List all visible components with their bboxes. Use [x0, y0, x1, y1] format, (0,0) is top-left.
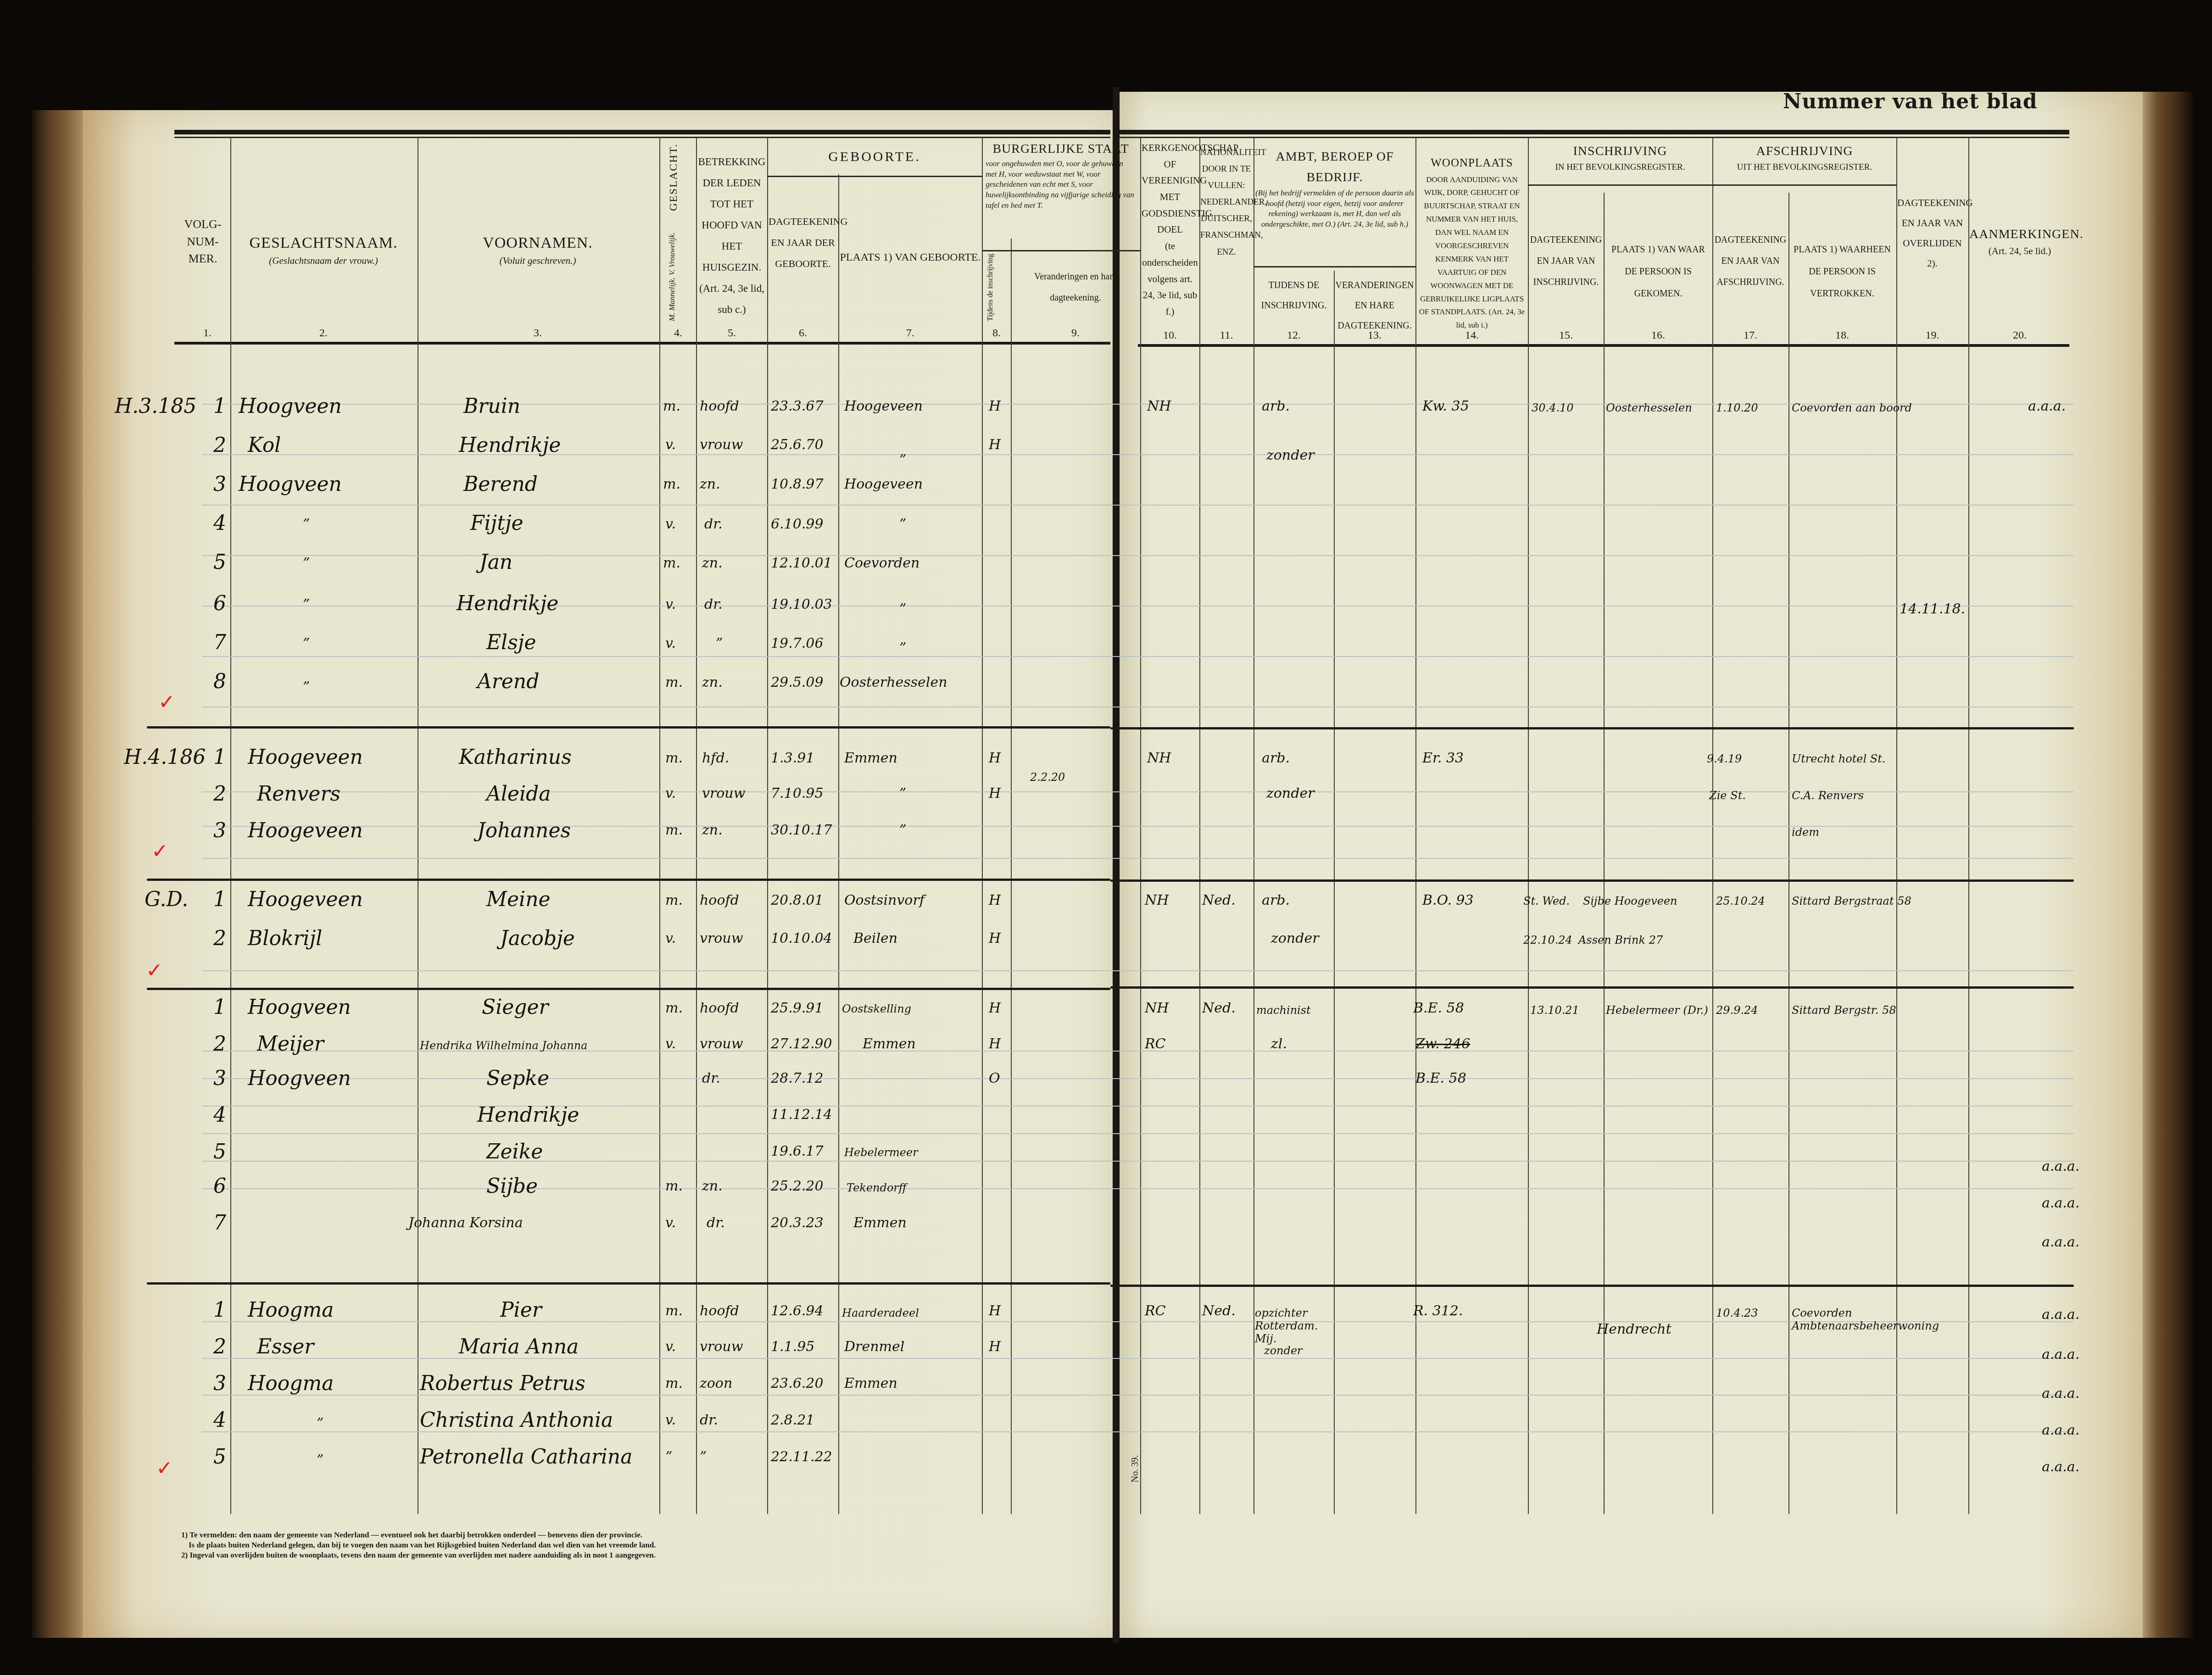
civil-status: O	[989, 1070, 1000, 1086]
relation: zn.	[702, 1178, 723, 1194]
address: B.E. 58	[1415, 1070, 1466, 1086]
sex: v.	[665, 1412, 676, 1428]
col-num-11: 11.	[1200, 329, 1253, 342]
birth-place: Emmen	[863, 1036, 916, 1052]
header-col-20-title: AANMERKINGEN.	[1969, 225, 2070, 244]
ambt-title: AMBT, BEROEP OF BEDRIJF.	[1255, 147, 1415, 188]
header-col-5-sub: (Art. 24, 3e lid, sub c.)	[697, 278, 766, 320]
birth-place: Hebelermeer	[844, 1146, 918, 1159]
address: R. 312.	[1413, 1303, 1463, 1319]
burgerlijke-staat-title: BURGERLIJKE STAAT	[983, 140, 1139, 159]
birth-date: 19.6.17	[771, 1143, 824, 1159]
given-names: Sepke	[486, 1067, 549, 1090]
sex: v.	[665, 785, 676, 801]
given-names: Zeike	[486, 1140, 543, 1163]
surname: Hoogveen	[248, 996, 351, 1019]
given-names: Katharinus	[459, 746, 572, 769]
given-names: Fijtje	[470, 512, 524, 535]
col-num-4: 4.	[661, 327, 696, 339]
col-num-9: 9.	[1012, 327, 1139, 339]
relation: dr.	[700, 1412, 718, 1428]
row-number: 5	[213, 1140, 226, 1163]
header-col-20: AANMERKINGEN. (Art. 24, 5e lid.)	[1969, 225, 2070, 258]
afschrijving-underline	[1712, 184, 1896, 186]
birth-place: Oosterhesselen	[840, 674, 947, 690]
deregistration-to: Sittard Bergstraat 58	[1792, 895, 1911, 907]
deregistration-date: 25.10.24	[1716, 895, 1765, 907]
row-number: 1	[213, 395, 226, 418]
given-names: Bruin	[463, 395, 520, 418]
row-number: 4	[213, 512, 226, 535]
row-number: 7	[213, 1211, 226, 1235]
col-num-14: 14.	[1417, 329, 1527, 342]
given-names: Elsje	[486, 631, 536, 654]
remarks: a.a.a.	[2028, 398, 2066, 414]
birth-date: 27.12.90	[771, 1036, 832, 1052]
header-col-2-title: GESLACHTSNAAM.	[232, 232, 415, 254]
church: NH	[1145, 1000, 1169, 1016]
household-separator	[147, 988, 1110, 990]
header-group-ambt: AMBT, BEROEP OF BEDRIJF. (Bij het bedrij…	[1255, 147, 1415, 230]
registration-date: 13.10.21	[1530, 1004, 1579, 1017]
relation: zn.	[700, 476, 720, 492]
given-names: Hendrika Wilhelmina Johanna	[420, 1039, 587, 1052]
header-col-14: WOONPLAATS DOOR AANDUIDING VAN WIJK, DOR…	[1417, 154, 1527, 332]
birth-place: Emmen	[844, 1375, 897, 1391]
ruling	[202, 1161, 2074, 1162]
red-check-mark: ✓	[158, 690, 175, 714]
col-num-16: 16.	[1605, 329, 1711, 342]
birth-date: 25.2.20	[771, 1178, 824, 1194]
birth-date: 12.6.94	[771, 1303, 824, 1319]
row-number: 3	[213, 819, 226, 842]
registration-date: St. Wed.	[1523, 895, 1570, 907]
sheet-number-label: Nummer van het blad	[1783, 90, 2038, 113]
civil-status: H	[989, 750, 1001, 766]
col-num-8: 8.	[983, 327, 1010, 339]
civil-status: H	[989, 1303, 1001, 1319]
open-register-book: Nummer van het blad VOLG-NUM-MER. GESLAC…	[0, 0, 2212, 1675]
header-col-3-title: VOORNAMEN.	[418, 232, 657, 254]
header-group-burgerlijke-staat: BURGERLIJKE STAAT voor ongehuwden met O,…	[983, 140, 1139, 211]
birth-place: Tekendorff	[847, 1181, 907, 1194]
remarks: a.a.a.	[2042, 1386, 2079, 1402]
given-names: Meine	[486, 888, 551, 911]
burgerlijke-underline	[982, 250, 1140, 251]
civil-status: H	[989, 1339, 1001, 1355]
sex: m.	[665, 822, 683, 838]
row-number: 4	[213, 1408, 226, 1432]
header-col-12: TIJDENS DE INSCHRIJVING.	[1254, 275, 1333, 316]
surname: Hoogveen	[239, 473, 342, 496]
surname: Kol	[248, 434, 281, 457]
birth-place: Emmen	[844, 750, 897, 766]
sex: ”	[665, 1449, 672, 1465]
col-num-6: 6.	[769, 327, 837, 339]
relation: vrouw	[700, 930, 743, 946]
deregistration-to: Sittard Bergstr. 58	[1792, 1004, 1896, 1017]
surname: Hoogma	[248, 1372, 334, 1395]
surname: Hoogeveen	[248, 819, 363, 842]
ruling	[202, 505, 2074, 506]
registration-date: 30.4.10	[1532, 401, 1574, 414]
address: Zw. 246	[1415, 1036, 1470, 1052]
deregistration-to: Coevorden aan boord	[1792, 401, 1912, 414]
occupation: zonder	[1271, 930, 1319, 946]
household-separator	[1110, 727, 2074, 729]
civil-status: H	[989, 1036, 1001, 1052]
header-col-11-sub: DOOR IN TE VULLEN: NEDERLANDER, DUITSCHE…	[1200, 161, 1253, 261]
birth-place: Haarderadeel	[842, 1307, 919, 1319]
surname: ”	[303, 555, 310, 571]
row-number: 3	[213, 1067, 226, 1090]
row-number: 2	[213, 782, 226, 806]
church: NH	[1147, 398, 1171, 414]
birth-place: Coevorden	[844, 555, 919, 571]
sex: v.	[665, 1339, 676, 1355]
given-names: Pier	[500, 1298, 542, 1322]
address: Er. 33	[1422, 750, 1464, 766]
col-num-2: 2.	[232, 327, 415, 339]
ruling	[202, 707, 2074, 707]
surname: ”	[303, 679, 310, 695]
deregistration-date: 9.4.19	[1707, 752, 1742, 765]
book-gutter	[1113, 87, 1119, 1642]
nationality: Ned.	[1202, 1000, 1236, 1016]
header-col-4-sub: M. Mannelijk. V. Vrouwelijk.	[668, 232, 677, 321]
sex: m.	[665, 1178, 683, 1194]
row-number: 2	[213, 1335, 226, 1358]
relation: vrouw	[702, 785, 745, 801]
birth-date: 7.10.95	[771, 785, 824, 801]
row-number: 5	[213, 551, 226, 574]
afschrijving-sub: UIT HET BEVOLKINGSREGISTER.	[1713, 161, 1896, 174]
birth-place: ”	[899, 640, 906, 656]
header-top-thin-right	[1120, 137, 2069, 138]
household-separator	[147, 879, 1110, 881]
relation: dr.	[704, 516, 723, 532]
address: Kw. 35	[1422, 398, 1469, 414]
civil-status: H	[989, 930, 1001, 946]
birth-place: ”	[899, 822, 906, 838]
sex: v.	[665, 516, 676, 532]
church: RC	[1145, 1303, 1166, 1319]
civil-status: H	[989, 437, 1001, 453]
registration-from: Hendrecht	[1597, 1321, 1672, 1337]
birth-date: 19.7.06	[771, 635, 824, 651]
relation: hoofd	[700, 1303, 739, 1319]
sex: v.	[665, 1036, 676, 1052]
row-number: 2	[213, 1032, 226, 1056]
birth-date: 19.10.03	[771, 596, 832, 612]
birth-date: 11.12.14	[771, 1107, 832, 1123]
relation: dr.	[707, 1215, 725, 1231]
inschrijving-underline	[1528, 184, 1712, 186]
surname: Blokrijl	[248, 927, 322, 950]
footnotes: 1) Te vermelden: den naam der gemeente v…	[181, 1530, 656, 1560]
sex: m.	[665, 892, 683, 908]
footnote-1: 1) Te vermelden: den naam der gemeente v…	[181, 1530, 656, 1540]
nationality: Ned.	[1202, 1303, 1236, 1319]
footnote-2: 2) Ingeval van overlijden buiten de woon…	[181, 1550, 656, 1560]
household-separator	[1110, 1285, 2074, 1287]
relation: vrouw	[700, 1339, 743, 1355]
header-col-2: GESLACHTSNAAM. (Geslachtsnaam der vrouw.…	[232, 232, 415, 267]
given-names: Aleida	[486, 782, 551, 806]
occupation: zonder	[1266, 447, 1315, 463]
surname: ”	[303, 516, 310, 532]
address: B.O. 93	[1422, 892, 1474, 908]
given-names: Sieger	[482, 996, 549, 1019]
birth-place: Hoogeveen	[844, 398, 923, 414]
header-group-geboorte: GEBOORTE.	[767, 147, 982, 167]
book-edge-left	[32, 110, 87, 1638]
occupation: zl.	[1271, 1036, 1287, 1052]
given-names: Arend	[477, 670, 539, 693]
sex: m.	[665, 750, 683, 766]
inschrijving-sub: IN HET BEVOLKINGSREGISTER.	[1529, 161, 1711, 174]
surname: Renvers	[257, 782, 340, 806]
header-col-3-sub: (Voluit geschreven.)	[418, 254, 657, 267]
registration-date: 22.10.24	[1523, 934, 1572, 946]
church: NH	[1147, 750, 1171, 766]
remarks: a.a.a.	[2042, 1422, 2079, 1438]
household-margin-ref: H.4.186	[124, 746, 206, 769]
birth-date: 22.11.22	[771, 1449, 832, 1465]
header-group-inschrijving: INSCHRIJVING IN HET BEVOLKINGSREGISTER.	[1529, 142, 1711, 173]
relation: dr.	[704, 596, 723, 612]
header-top-rule-left	[174, 130, 1110, 134]
relation: hoofd	[700, 892, 739, 908]
relation: hfd.	[702, 750, 729, 766]
registration-from: Assen Brink 27	[1578, 934, 1663, 946]
birth-date: 20.3.23	[771, 1215, 824, 1231]
birth-date: 25.9.91	[771, 1000, 824, 1016]
occupation: machinist	[1256, 1004, 1311, 1017]
occupation: arb.	[1262, 892, 1290, 908]
civil-status: H	[989, 398, 1001, 414]
birth-date: 23.6.20	[771, 1375, 824, 1391]
header-col-10-sub: (te onderscheiden volgens art. 24, 3e li…	[1142, 238, 1198, 320]
surname: Hoogveen	[239, 395, 342, 418]
col-num-1: 1.	[184, 327, 230, 339]
ruling	[202, 1133, 2074, 1134]
sex: m.	[663, 555, 680, 571]
birth-date: 23.3.67	[771, 398, 824, 414]
deregistration-date: 29.9.24	[1716, 1004, 1758, 1017]
occupation: zonder	[1266, 785, 1315, 801]
surname: ”	[303, 596, 310, 612]
household-separator	[1110, 879, 2074, 882]
given-names: Hendrikje	[477, 1103, 579, 1127]
registration-from: Oosterhesselen	[1606, 401, 1692, 414]
surname: ”	[317, 1415, 323, 1431]
surname: Hoogveen	[248, 1067, 351, 1090]
row-number: 6	[213, 1174, 226, 1198]
col-divider	[838, 174, 839, 1514]
header-col-10: KERKGENOOTSCHAP OF VEREENIGING MET GODSD…	[1142, 140, 1198, 320]
geboorte-underline	[767, 176, 982, 177]
birth-date: 10.8.97	[771, 476, 824, 492]
household-separator	[147, 1282, 1110, 1285]
col-divider	[1334, 271, 1335, 1514]
remarks: a.a.a.	[2042, 1195, 2079, 1211]
given-names: Jacobje	[500, 927, 575, 950]
civil-status: H	[989, 892, 1001, 908]
row-number: 3	[213, 473, 226, 496]
death-date: 14.11.18.	[1900, 601, 1965, 617]
header-col-14-title: WOONPLAATS	[1417, 154, 1527, 173]
remarks: a.a.a.	[2042, 1459, 2079, 1475]
deregistration-date: 1.10.20	[1716, 401, 1758, 414]
header-col-2-sub: (Geslachtsnaam der vrouw.)	[232, 254, 415, 267]
col-num-17: 17.	[1714, 329, 1787, 342]
remarks: a.a.a.	[2042, 1347, 2079, 1363]
deregistration-date: Zie St.	[1709, 789, 1746, 802]
sex: m.	[665, 1303, 683, 1319]
surname: Hoogeveen	[248, 746, 363, 769]
header-col-16: PLAATS 1) VAN WAAR DE PERSOON IS GEKOMEN…	[1605, 239, 1711, 305]
row-number: 5	[213, 1445, 226, 1469]
row-number: 3	[213, 1372, 226, 1395]
col-divider	[1789, 193, 1789, 1514]
col-num-3: 3.	[418, 327, 657, 339]
relation: zn.	[702, 674, 723, 690]
birth-place: ”	[899, 452, 906, 468]
birth-date: 1.3.91	[771, 750, 814, 766]
given-names: Maria Anna	[459, 1335, 579, 1358]
given-names: Christina Anthonia	[420, 1408, 613, 1432]
header-col-4-title: GESLACHT.	[668, 143, 680, 211]
row-number: 8	[213, 670, 226, 693]
occupation: arb.	[1262, 398, 1290, 414]
occupation: zonder	[1264, 1344, 1303, 1357]
birth-date: 29.5.09	[771, 674, 824, 690]
household-margin-ref: G.D.	[145, 888, 188, 911]
sex: m.	[665, 1000, 683, 1016]
household-separator	[147, 726, 1110, 729]
birth-date: 6.10.99	[771, 516, 824, 532]
row-number: 4	[213, 1103, 226, 1127]
header-col-5-title: BETREKKING DER LEDEN TOT HET HOOFD VAN H…	[697, 151, 766, 278]
relation: hoofd	[700, 1000, 739, 1016]
birth-place: ”	[899, 516, 906, 532]
birth-date: 30.10.17	[771, 822, 832, 838]
sex: m.	[665, 1375, 683, 1391]
given-names: Johannes	[477, 819, 571, 842]
relation: zn.	[702, 822, 723, 838]
remarks: a.a.a.	[2042, 1158, 2079, 1174]
relation: vrouw	[700, 437, 743, 453]
row-number: 1	[213, 1298, 226, 1322]
sex: m.	[665, 674, 683, 690]
header-group-afschrijving: AFSCHRIJVING UIT HET BEVOLKINGSREGISTER.	[1713, 142, 1896, 173]
header-bottom-rule-left	[174, 342, 1110, 345]
header-top-thin-left	[174, 137, 1110, 138]
occupation: opzichter Rotterdam. Mij.	[1255, 1307, 1333, 1345]
col-num-12: 12.	[1254, 329, 1333, 342]
col-divider	[1604, 193, 1605, 1514]
relation: vrouw	[700, 1036, 743, 1052]
col-num-15: 15.	[1529, 329, 1603, 342]
row-number: 1	[213, 996, 226, 1019]
surname: ”	[303, 635, 310, 651]
birth-date: 28.7.12	[771, 1070, 824, 1086]
header-col-8: Tijdens de inschrijving	[986, 254, 995, 321]
birth-date: 1.1.95	[771, 1339, 814, 1355]
surname: Hoogma	[248, 1298, 334, 1322]
ruling	[202, 1078, 2074, 1079]
deregistration-to: C.A. Renvers	[1792, 789, 1864, 802]
relation: ”	[716, 635, 723, 651]
remarks: a.a.a.	[2042, 1307, 2079, 1323]
ambt-note: (Bij het bedrijf vermelden of de persoon…	[1255, 188, 1415, 230]
afschrijving-title: AFSCHRIJVING	[1713, 142, 1896, 161]
address: B.E. 58	[1413, 1000, 1464, 1016]
col-num-7: 7.	[840, 327, 981, 339]
given-names: Hendrikje	[459, 434, 561, 457]
registration-from: Hebelermeer (Dr.)	[1606, 1004, 1708, 1017]
surname: Esser	[257, 1335, 314, 1358]
header-col-9: Veranderingen en hare dagteekening.	[1012, 266, 1139, 308]
sex: v.	[665, 635, 676, 651]
given-names: Sijbe	[486, 1174, 538, 1198]
remarks: a.a.a.	[2042, 1234, 2079, 1250]
deregistration-to: idem	[1792, 826, 1819, 839]
header-col-11: NATIONALITEIT DOOR IN TE VULLEN: NEDERLA…	[1200, 145, 1253, 261]
header-col-6: DAGTEEKENING EN JAAR DER GEBOORTE.	[769, 211, 837, 275]
row-number: 2	[213, 927, 226, 950]
birth-place: Hoogeveen	[844, 476, 923, 492]
row-number: 6	[213, 592, 226, 615]
church: RC	[1145, 1036, 1166, 1052]
surname: ”	[317, 1452, 323, 1468]
red-check-mark: ✓	[156, 1457, 173, 1480]
book-edge-right	[2138, 92, 2193, 1638]
occupation: arb.	[1262, 750, 1290, 766]
page-stamp: No. 39.	[1130, 1455, 1141, 1482]
footnote-1-cont: Is de plaats buiten Nederland gelegen, d…	[181, 1540, 656, 1550]
sex: v.	[665, 1215, 676, 1231]
relation: dr.	[702, 1070, 720, 1086]
household-margin-ref: H.3.185	[115, 395, 196, 418]
birth-place: ”	[899, 785, 906, 801]
sex: m.	[663, 476, 680, 492]
ambt-underline	[1254, 266, 1415, 267]
birth-place: Oostsinvorf	[844, 892, 925, 908]
given-names: Petronella Catharina	[420, 1445, 632, 1469]
birth-place: Drenmel	[844, 1339, 904, 1355]
birth-place: Oostskelling	[842, 1002, 911, 1015]
relation: ”	[700, 1449, 707, 1465]
relation: zn.	[702, 555, 723, 571]
header-col-18: PLAATS 1) WAARHEEN DE PERSOON IS VERTROK…	[1789, 239, 1895, 305]
ruling	[202, 858, 2074, 859]
given-names: Jan	[479, 551, 513, 574]
deregistration-to: Coevorden Ambtenaarsbeheerwoning	[1792, 1307, 1971, 1332]
civil-status: H	[989, 785, 1001, 801]
birth-place: ”	[899, 601, 906, 617]
birth-date: 25.6.70	[771, 437, 824, 453]
sex: v.	[665, 596, 676, 612]
surname: Hoogeveen	[248, 888, 363, 911]
ruling	[202, 656, 2074, 657]
sex: v.	[665, 930, 676, 946]
row-number: 1	[213, 746, 226, 769]
civil-status: H	[989, 1000, 1001, 1016]
household-separator	[1110, 986, 2074, 989]
birth-date: 12.10.01	[771, 555, 832, 571]
